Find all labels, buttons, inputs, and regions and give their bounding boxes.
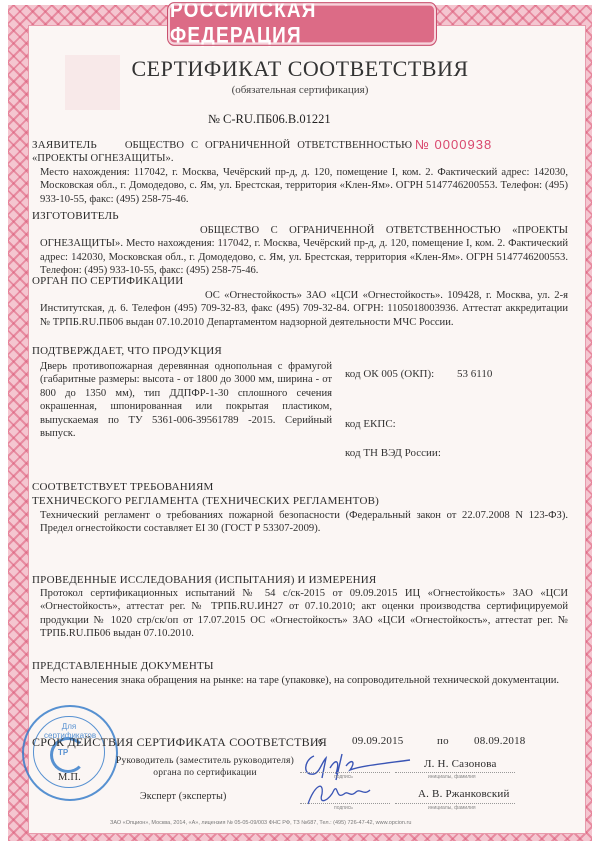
certification-body-section: ОС «Огнестойкость» ЗАО «ЦСИ «Огнестойкос… [32, 289, 568, 329]
validity-from-word: с [318, 735, 323, 747]
applicant-details: Место нахождения: 117042, г. Москва, Чеч… [32, 166, 568, 206]
product-section: Дверь противопожарная деревянная однопол… [32, 360, 332, 440]
country-badge: РОССИЙСКАЯ ФЕДЕРАЦИЯ [168, 3, 436, 44]
code-okp: код ОК 005 (ОКП): 53 6110 [345, 368, 434, 380]
product-description: Дверь противопожарная деревянная однопол… [32, 360, 332, 440]
manufacturer-text: ОБЩЕСТВО С ОГРАНИЧЕННОЙ ОТВЕТСТВЕННОСТЬЮ… [32, 224, 568, 278]
head-signatory-name: Л. Н. Сазонова [424, 758, 497, 770]
head-name-caption: инициалы, фамилия [428, 774, 476, 780]
seal-label: М.П. [58, 772, 81, 783]
manufacturer-section: ОБЩЕСТВО С ОГРАНИЧЕННОЙ ОТВЕТСТВЕННОСТЬЮ… [32, 224, 568, 278]
manufacturer-label: ИЗГОТОВИТЕЛЬ [32, 210, 119, 222]
documents-section: Место нанесения знака обращения на рынке… [32, 674, 568, 687]
tests-label: ПРОВЕДЕННЫЕ ИССЛЕДОВАНИЯ (ИСПЫТАНИЯ) И И… [32, 574, 376, 586]
expert-signature-caption: подпись [334, 805, 353, 811]
applicant-section: ЗАЯВИТЕЛЬ ОБЩЕСТВО С ОГРАНИЧЕННОЙ ОТВЕТС… [32, 139, 412, 166]
tests-text: Протокол сертификационных испытаний № 54… [32, 587, 568, 641]
documents-text: Место нанесения знака обращения на рынке… [32, 674, 568, 687]
document-title: СЕРТИФИКАТ СООТВЕТСТВИЯ [0, 56, 600, 82]
expert-label: Эксперт (эксперты) [140, 791, 227, 802]
compliance-section: Технический регламент о требованиях пожа… [32, 509, 568, 536]
expert-signature-line [300, 803, 390, 804]
code-ekps: код ЕКПС: [345, 418, 396, 430]
compliance-regulation-label: ТЕХНИЧЕСКОГО РЕГЛАМЕНТА (ТЕХНИЧЕСКИХ РЕГ… [32, 495, 379, 507]
certification-body-text: ОС «Огнестойкость» ЗАО «ЦСИ «Огнестойкос… [32, 289, 568, 329]
certificate-number: № C-RU.ПБ06.В.01221 [208, 112, 331, 127]
product-label: ПОДТВЕРЖДАЕТ, ЧТО ПРОДУКЦИЯ [32, 345, 222, 357]
tests-section: Протокол сертификационных испытаний № 54… [32, 587, 568, 641]
head-signature-caption: подпись [334, 774, 353, 780]
head-name-line [395, 772, 515, 773]
validity-label: СРОК ДЕЙСТВИЯ СЕРТИФИКАТА СООТВЕТСТВИЯ [32, 735, 327, 750]
head-signatory-label: Руководитель (заместитель руководителя) … [110, 755, 300, 779]
documents-label: ПРЕДСТАВЛЕННЫЕ ДОКУМЕНТЫ [32, 660, 214, 672]
head-signature-line [300, 772, 390, 773]
validity-from-date: 09.09.2015 [352, 735, 404, 747]
expert-name: А. В. Ржанковский [418, 788, 510, 800]
printer-footer: ЗАО «Опцион», Москва, 2014, «А», лицензи… [110, 820, 411, 826]
code-tn-ved: код ТН ВЭД России: [345, 447, 441, 459]
expert-name-caption: инициалы, фамилия [428, 805, 476, 811]
certification-body-label: ОРГАН ПО СЕРТИФИКАЦИИ [32, 275, 183, 287]
blank-number: № 0000938 [415, 137, 492, 152]
compliance-label: СООТВЕТСТВУЕТ ТРЕБОВАНИЯМ [32, 481, 214, 493]
expert-name-line [395, 803, 515, 804]
blue-seal-stamp: Для сертификатов ТР [22, 705, 118, 801]
document-subtitle: (обязательная сертификация) [0, 84, 600, 96]
validity-to-word: по [437, 735, 449, 747]
applicant-label: ЗАЯВИТЕЛЬ [32, 139, 97, 151]
compliance-text: Технический регламент о требованиях пожа… [32, 509, 568, 536]
validity-to-date: 08.09.2018 [474, 735, 526, 747]
